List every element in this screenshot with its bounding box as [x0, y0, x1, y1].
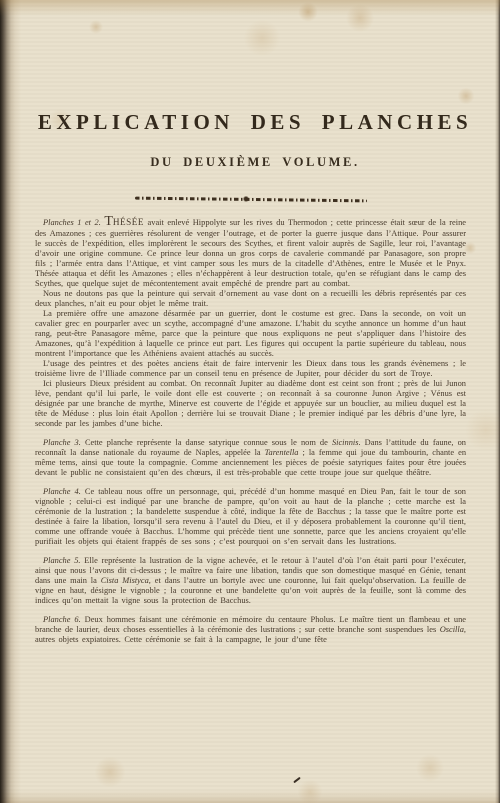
para-planche-4: Planche 4. Ce tableau nous offre un pers…	[35, 487, 466, 547]
para-planche-5: Planche 5. Elle représente la lustration…	[35, 556, 466, 606]
text-segment: Planche 4.	[43, 487, 85, 496]
text-segment: avait enlevé Hippolyte sur les rives du …	[35, 218, 466, 288]
text-segment: Oscilla	[440, 625, 464, 634]
text-segment: Planche 6.	[43, 615, 85, 624]
text-segment: Deux hommes faisant une cérémonie en mém…	[35, 615, 466, 634]
ink-speck	[293, 777, 301, 784]
text-segment: Nous ne doutons pas que la peinture qui …	[35, 289, 466, 308]
body-text: Planches 1 et 2. THÉSÉE avait enlevé Hip…	[35, 215, 466, 645]
text-segment: Sicinnis	[332, 438, 359, 447]
text-segment: Ce tableau nous offre un personnage, qui…	[35, 487, 466, 546]
ornamental-divider	[135, 197, 367, 203]
text-segment: HÉSÉE	[113, 217, 144, 227]
para-planche-6: Planche 6. Deux hommes faisant une cérém…	[35, 615, 466, 645]
text-segment: L’usage des peintres et des poètes ancie…	[35, 359, 466, 378]
para-vase: Nous ne doutons pas que la peinture qui …	[35, 289, 466, 309]
text-segment: T	[104, 214, 113, 229]
para-usage-peintres: L’usage des peintres et des poètes ancie…	[35, 359, 466, 379]
text-segment: Tarentella	[265, 448, 299, 457]
para-planche-3: Planche 3. Cette planche représente la d…	[35, 438, 466, 478]
text-segment: Ici plusieurs Dieux président au combat.…	[35, 379, 466, 428]
text-segment: La première offre une amazone désarmée p…	[35, 309, 466, 358]
page-title: EXPLICATION DES PLANCHES	[14, 110, 496, 135]
text-segment: Planche 3.	[43, 438, 85, 447]
page-subtitle: DU DEUXIÈME VOLUME.	[14, 155, 496, 170]
text-segment: Planches 1 et 2.	[43, 218, 104, 227]
para-planches-1-2: Planches 1 et 2. THÉSÉE avait enlevé Hip…	[35, 215, 466, 289]
text-segment: Cista Mistyca	[101, 576, 149, 585]
book-page: EXPLICATION DES PLANCHES DU DEUXIÈME VOL…	[0, 0, 500, 803]
text-segment: Cette planche représente la danse satyri…	[85, 438, 332, 447]
para-premiere-seconde: La première offre une amazone désarmée p…	[35, 309, 466, 359]
para-dieux: Ici plusieurs Dieux président au combat.…	[35, 379, 466, 429]
text-segment: Planche 5.	[43, 556, 84, 565]
